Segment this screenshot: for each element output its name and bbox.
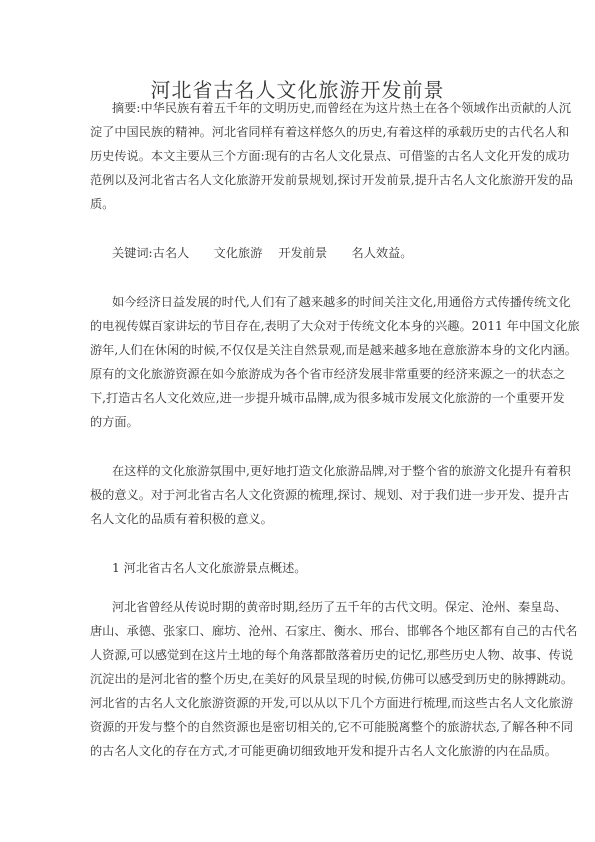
paragraph-line: 游年,人们在休闲的时候,不仅仅是关注自然景观,而是越来越多地在意旅游本身的文化内…: [90, 342, 508, 358]
paragraph-line: 在这样的文化旅游氛围中,更好地打造文化旅游品牌,对于整个省的旅游文化提升有着积: [112, 463, 508, 479]
paragraph-line: 唐山、承德、张家口、廊坊、沧州、石家庄、衡水、邢台、邯郸各个地区都有自己的古代名: [90, 623, 508, 639]
paragraph-line: 资源的开发与整个的自然资源也是密切相关的,它不可能脱离整个的旅游状态,了解各种不…: [90, 719, 508, 735]
paragraph-line: 的电视传媒百家讲坛的节目存在,表明了大众对于传统文化本身的兴趣。2011 年中国…: [90, 318, 508, 334]
paragraph-line: 极的意义。对于河北省古名人文化资源的梳理,探讨、规划、对于我们进一步开发、提升古: [90, 487, 508, 503]
section-heading: 1 河北省古名人文化旅游景点概述。: [112, 560, 508, 576]
keywords-line: 关键词:古名人 文化旅游 开发前景 名人效益。: [112, 245, 508, 261]
paragraph-line: 下,打造古名人文化效应,进一步提升城市品牌,成为很多城市发展文化旅游的一个重要开…: [90, 390, 508, 406]
paragraph-line: 河北省曾经从传说时期的黄帝时期,经历了五千年的古代文明。保定、沧州、秦皇岛、: [112, 599, 508, 615]
abstract-line: 历史传说。本文主要从三个方面:现有的古名人文化景点、可借鉴的古名人文化开发的成功: [90, 148, 508, 164]
paragraph-line: 沉淀出的是河北省的整个历史,在美好的风景呈现的时候,仿佛可以感受到历史的脉搏跳动…: [90, 671, 508, 687]
paragraph-line: 人资源,可以感觉到在这片土地的每个角落都散落着历史的记忆,那些历史人物、故事、传…: [90, 647, 508, 663]
document-title: 河北省古名人文化旅游开发前景: [0, 74, 595, 103]
paragraph-line: 河北省的古名人文化旅游资源的开发,可以从以下几个方面进行梳理,而这些古名人文化旅…: [90, 695, 508, 711]
abstract-line: 摘要:中华民族有着五千年的文明历史,而曾经在为这片热土在各个领域作出贡献的人沉: [112, 100, 508, 116]
paragraph-line: 的方面。: [90, 414, 508, 430]
paragraph-line: 名人文化的品质有着积极的意义。: [90, 511, 508, 527]
document-page: 河北省古名人文化旅游开发前景 摘要:中华民族有着五千年的文明历史,而曾经在为这片…: [0, 0, 595, 842]
paragraph-line: 如今经济日益发展的时代,人们有了越来越多的时间关注文化,用通俗方式传播传统文化: [112, 294, 508, 310]
paragraph-line: 的古名人文化的存在方式,才可能更确切细致地开发和提升古名人文化旅游的内在品质。: [90, 743, 508, 759]
abstract-line: 淀了中国民族的精神。河北省同样有着这样悠久的历史,有着这样的承载历史的古代名人和: [90, 124, 508, 140]
paragraph-line: 原有的文化旅游资源在如今旅游成为各个省市经济发展非常重要的经济来源之一的状态之: [90, 366, 508, 382]
abstract-line: 范例以及河北省古名人文化旅游开发前景规划,探讨开发前景,提升古名人文化旅游开发的…: [90, 172, 508, 188]
abstract-line: 质。: [90, 196, 508, 212]
